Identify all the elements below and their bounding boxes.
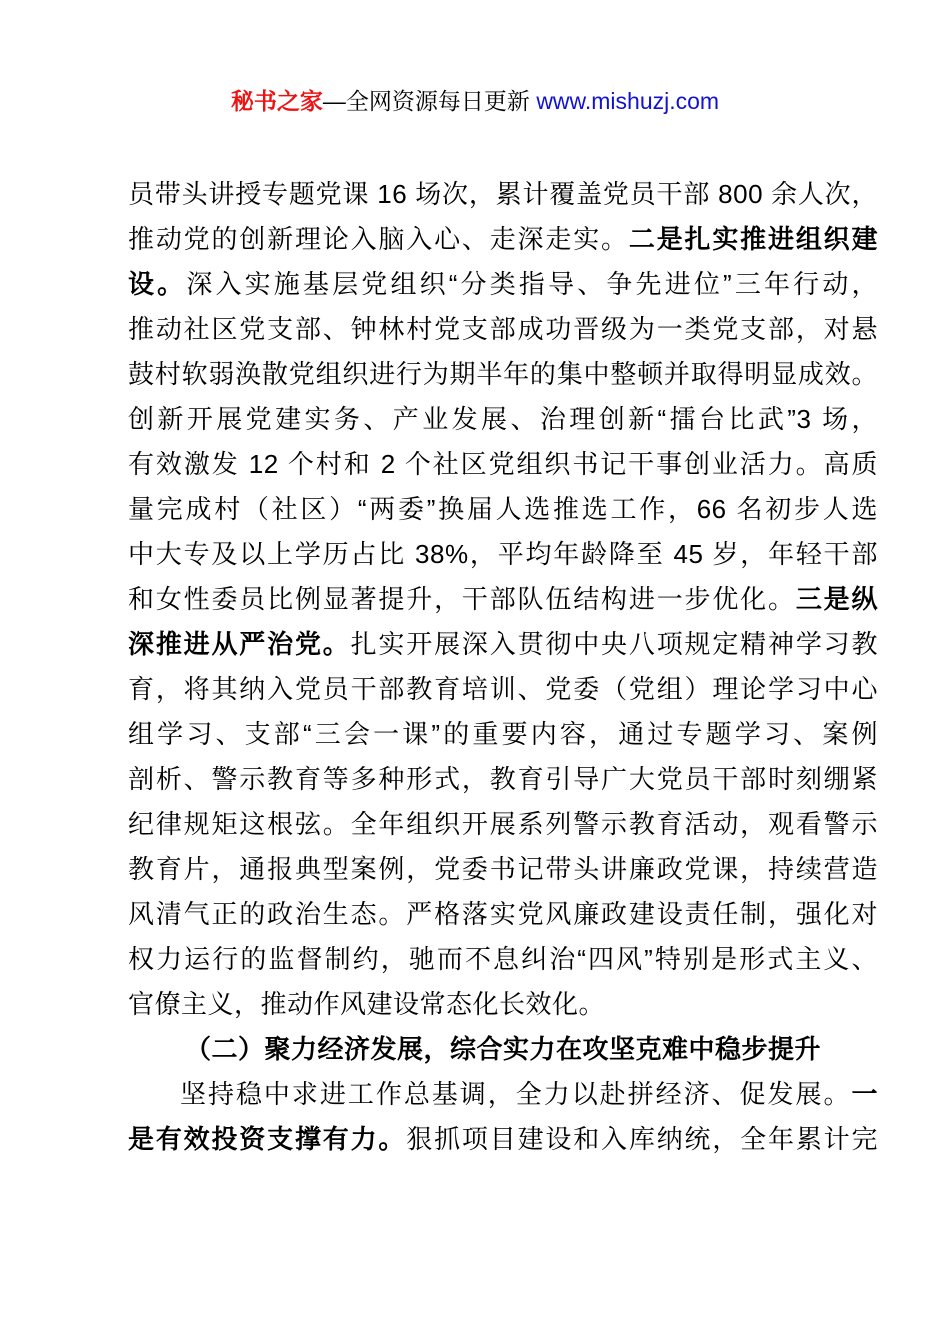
text-line: （二）聚力经济发展，综合实力在攻坚克难中稳步提升 [128, 1027, 878, 1072]
text-segment: 官僚主义，推动作风建设常态化长效化。 [128, 989, 605, 1019]
bold-text-segment: （二）聚力经济发展，综合实力在攻坚克难中稳步提升 [185, 1034, 821, 1064]
text-segment: 中大专及以上学历占比 38%，平均年龄降至 45 岁，年轻干部 [128, 539, 878, 569]
text-segment: 鼓村软弱涣散党组织进行为期半年的集中整顿并取得明显成效。 [128, 359, 878, 389]
text-segment: 育，将其纳入党员干部教育培训、党委（党组）理论学习中心 [128, 674, 878, 704]
text-line: 推动党的创新理论入脑入心、走深走实。二是扎实推进组织建 [128, 217, 878, 262]
text-segment: 量完成村（社区）“两委”换届人选推选工作，66 名初步人选 [128, 494, 878, 524]
text-segment: 组学习、支部“三会一课”的重要内容，通过专题学习、案例 [128, 719, 878, 749]
text-segment: 风清气正的政治生态。严格落实党风廉政建设责任制，强化对 [128, 899, 878, 929]
document-page: 秘书之家—全网资源每日更新 www.mishuzj.com 员带头讲授专题党课 … [0, 0, 950, 1344]
bold-text-segment: 是有效投资支撑有力。 [128, 1124, 406, 1154]
text-segment: 狠抓项目建设和入库纳统，全年累计完 [406, 1124, 878, 1154]
text-line: 权力运行的监督制约，驰而不息纠治“四风”特别是形式主义、 [128, 937, 878, 982]
text-line: 量完成村（社区）“两委”换届人选推选工作，66 名初步人选 [128, 487, 878, 532]
text-segment: 纪律规矩这根弦。全年组织开展系列警示教育活动，观看警示 [128, 809, 878, 839]
text-segment: 坚持稳中求进工作总基调，全力以赴拼经济、促发展。 [180, 1079, 851, 1109]
text-line: 有效激发 12 个村和 2 个社区党组织书记干事创业活力。高质 [128, 442, 878, 487]
text-segment: 员带头讲授专题党课 16 场次，累计覆盖党员干部 800 余人次， [128, 179, 878, 209]
text-line: 官僚主义，推动作风建设常态化长效化。 [128, 982, 878, 1027]
text-line: 坚持稳中求进工作总基调，全力以赴拼经济、促发展。一 [128, 1072, 878, 1117]
bold-text-segment: 一 [851, 1079, 878, 1109]
text-segment: 推动社区党支部、钟林村党支部成功晋级为一类党支部，对悬 [128, 314, 878, 344]
text-line: 中大专及以上学历占比 38%，平均年龄降至 45 岁，年轻干部 [128, 532, 878, 577]
text-segment: 和女性委员比例显著提升，干部队伍结构进一步优化。 [128, 584, 796, 614]
text-line: 员带头讲授专题党课 16 场次，累计覆盖党员干部 800 余人次， [128, 172, 878, 217]
text-line: 创新开展党建实务、产业发展、治理创新“擂台比武”3 场， [128, 397, 878, 442]
site-url-link[interactable]: www.mishuzj.com [536, 88, 719, 114]
bold-text-segment: 深推进从严治党。 [128, 629, 351, 659]
text-line: 剖析、警示教育等多种形式，教育引导广大党员干部时刻绷紧 [128, 757, 878, 802]
site-brand: 秘书之家 [231, 88, 323, 114]
text-line: 推动社区党支部、钟林村党支部成功晋级为一类党支部，对悬 [128, 307, 878, 352]
text-line: 风清气正的政治生态。严格落实党风廉政建设责任制，强化对 [128, 892, 878, 937]
text-segment: 教育片，通报典型案例，党委书记带头讲廉政党课，持续营造 [128, 854, 878, 884]
document-body: 员带头讲授专题党课 16 场次，累计覆盖党员干部 800 余人次，推动党的创新理… [128, 172, 878, 1162]
text-line: 和女性委员比例显著提升，干部队伍结构进一步优化。三是纵 [128, 577, 878, 622]
site-tagline: —全网资源每日更新 [323, 88, 536, 114]
text-line: 育，将其纳入党员干部教育培训、党委（党组）理论学习中心 [128, 667, 878, 712]
bold-text-segment: 三是纵 [796, 584, 878, 614]
text-line: 设。深入实施基层党组织“分类指导、争先进位”三年行动， [128, 262, 878, 307]
text-segment: 深入实施基层党组织“分类指导、争先进位”三年行动， [186, 269, 878, 299]
site-header: 秘书之家—全网资源每日更新 www.mishuzj.com [0, 84, 950, 118]
text-segment: 权力运行的监督制约，驰而不息纠治“四风”特别是形式主义、 [128, 944, 878, 974]
text-segment: 有效激发 12 个村和 2 个社区党组织书记干事创业活力。高质 [128, 449, 878, 479]
text-line: 是有效投资支撑有力。狠抓项目建设和入库纳统，全年累计完 [128, 1117, 878, 1162]
text-line: 纪律规矩这根弦。全年组织开展系列警示教育活动，观看警示 [128, 802, 878, 847]
text-segment: 创新开展党建实务、产业发展、治理创新“擂台比武”3 场， [128, 404, 878, 434]
text-segment: 推动党的创新理论入脑入心、走深走实。 [128, 224, 629, 254]
text-segment: 扎实开展深入贯彻中央八项规定精神学习教 [351, 629, 878, 659]
text-line: 组学习、支部“三会一课”的重要内容，通过专题学习、案例 [128, 712, 878, 757]
bold-text-segment: 二是扎实推进组织建 [629, 224, 878, 254]
bold-text-segment: 设。 [128, 269, 186, 299]
text-line: 鼓村软弱涣散党组织进行为期半年的集中整顿并取得明显成效。 [128, 352, 878, 397]
text-line: 深推进从严治党。扎实开展深入贯彻中央八项规定精神学习教 [128, 622, 878, 667]
text-line: 教育片，通报典型案例，党委书记带头讲廉政党课，持续营造 [128, 847, 878, 892]
text-segment: 剖析、警示教育等多种形式，教育引导广大党员干部时刻绷紧 [128, 764, 878, 794]
